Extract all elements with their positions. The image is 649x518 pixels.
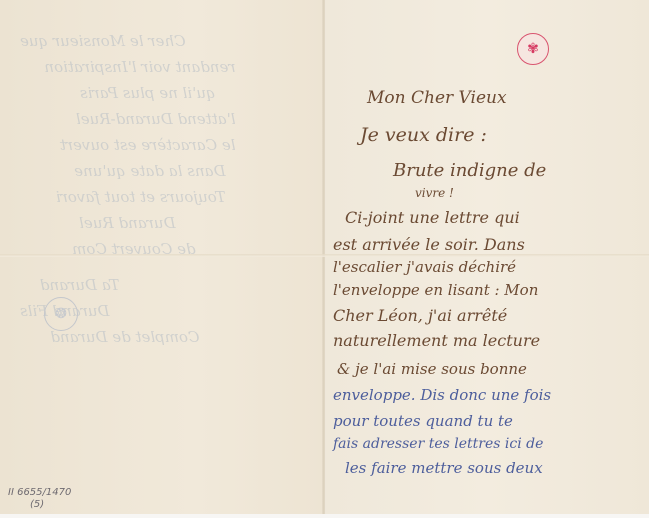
embossed-seal-icon: ❂ xyxy=(44,297,78,331)
bleed-line: Durand Ruel xyxy=(20,210,256,236)
bleed-line: Ta Durand xyxy=(20,272,210,298)
bleed-line: Complet de Durand xyxy=(20,324,210,350)
bleed-line: qu'il ne plus Paris xyxy=(20,80,256,106)
seal-glyph-icon: ❂ xyxy=(55,306,67,322)
letter-line: fais adresser tes lettres ici de xyxy=(333,436,543,452)
bleed-line: Dans la date qu'une xyxy=(20,158,256,184)
horizontal-fold-crease xyxy=(0,254,649,257)
letter-line: Brute indigne de xyxy=(393,160,546,181)
shelfmark-folio: (5) xyxy=(8,499,71,511)
bleed-line: le Caractère est ouvert xyxy=(20,132,256,158)
letter-line: & je l'ai mise sous bonne xyxy=(337,360,527,378)
stamp-glyph-icon: ✾ xyxy=(527,41,539,57)
vertical-fold-crease xyxy=(322,0,326,514)
archive-shelfmark: II 6655/1470 (5) xyxy=(8,487,71,511)
shelfmark-number: II 6655/1470 xyxy=(8,487,71,499)
bleed-line: de Couvert Com xyxy=(20,236,256,262)
letter-line: enveloppe. Dis donc une fois xyxy=(333,386,551,404)
letter-line: Cher Léon, j'ai arrêté xyxy=(333,306,507,325)
letter-line: est arrivée le soir. Dans xyxy=(333,235,525,254)
letter-line: vivre ! xyxy=(415,186,454,200)
bleed-line: Toujours et tout favori xyxy=(20,184,256,210)
letter-line: pour toutes quand tu te xyxy=(333,412,513,430)
letter-line: Ci-joint une lettre qui xyxy=(345,208,520,227)
letter-salutation: Mon Cher Vieux xyxy=(367,88,507,108)
letter-line: l'enveloppe en lisant : Mon xyxy=(333,281,538,299)
letter-sheet: Cher le Monsieur que rendant voir l'Insp… xyxy=(0,0,649,514)
letter-line: l'escalier j'avais déchiré xyxy=(333,258,516,276)
right-page-recto: ✾ Mon Cher Vieux Je veux dire : Brute in… xyxy=(325,0,649,514)
bleed-line: rendant voir l'Inspiration xyxy=(20,54,256,80)
library-stamp-icon: ✾ xyxy=(517,33,549,65)
image-bottom-border xyxy=(0,514,649,518)
bleed-line: l'attend Durand-Ruel xyxy=(20,106,256,132)
left-page-verso: Cher le Monsieur que rendant voir l'Insp… xyxy=(0,0,324,514)
bleed-line: Cher le Monsieur que xyxy=(20,28,256,54)
letter-line: naturellement ma lecture xyxy=(333,331,540,350)
letter-line: les faire mettre sous deux xyxy=(345,459,543,477)
bleed-through-text-upper: Cher le Monsieur que rendant voir l'Insp… xyxy=(20,28,256,262)
letter-line: Je veux dire : xyxy=(360,124,487,146)
